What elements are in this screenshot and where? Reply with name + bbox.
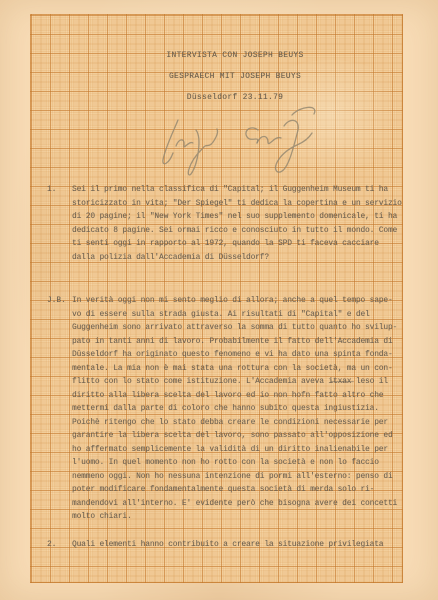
- typewritten-line: vo di essere sulla strada giusta. Ai ris…: [72, 309, 407, 323]
- title-line-german: GESPRAECH MIT JOSEPH BEUYS: [115, 67, 355, 88]
- question-2-number: 2.: [47, 539, 72, 553]
- typewritten-line: dedicato 8 pagine. Sei ormai ricco e con…: [72, 225, 407, 239]
- answer-jb-text: In verità oggi non mi sento meglio di al…: [72, 295, 407, 525]
- typewritten-line: ti senti oggi in rapporto al 1972, quand…: [72, 238, 407, 252]
- photographed-document: INTERVISTA CON JOSEPH BEUYS GESPRAECH MI…: [0, 0, 438, 600]
- signature-stroke: [246, 128, 258, 143]
- typewritten-line: molto chiari.: [72, 511, 407, 525]
- typewritten-line: Düsseldorf ha originato questo fenomeno …: [72, 349, 407, 363]
- signature-stroke: [188, 130, 202, 175]
- typewritten-line: mentale. La mia non è mai stata una rott…: [72, 363, 407, 377]
- typewritten-line: flitto con lo stato come istituzione. L'…: [72, 376, 407, 390]
- typewritten-line: diritto alla libera scelta del lavoro ed…: [72, 390, 407, 404]
- signature-stroke: [203, 129, 218, 148]
- typewritten-line: nemmeno oggi. Non ho nessuna intenzione …: [72, 471, 407, 485]
- question-1-number: 1.: [47, 184, 72, 198]
- typewritten-line: Guggenheim sono arrivato attraverso la s…: [72, 322, 407, 336]
- signature-stroke: [257, 137, 281, 144]
- typewritten-line: mandendovi all'interno. E' evidente però…: [72, 498, 407, 512]
- typewritten-line: Quali elementi hanno contribuito a crear…: [72, 539, 407, 553]
- signature-stroke: [275, 120, 312, 172]
- typewritten-line: poter modificare fondamentalmente questa…: [72, 484, 407, 498]
- question-2: 2. Quali elementi hanno contribuito a cr…: [47, 539, 407, 553]
- typewritten-line: Sei il primo nella classifica di "Capita…: [72, 184, 407, 198]
- typewritten-line: mettermi dalla parte di coloro che hanno…: [72, 403, 407, 417]
- title-line-italian: INTERVISTA CON JOSEPH BEUYS: [115, 46, 355, 67]
- question-1-text: Sei il primo nella classifica di "Capita…: [72, 184, 407, 265]
- typewritten-line: dalla polizia dall'Accademia di Düsseldo…: [72, 252, 407, 266]
- question-2-text: Quali elementi hanno contribuito a crear…: [72, 539, 407, 553]
- typewritten-line: pato in tanti anni di lavoro. Probabilme…: [72, 336, 407, 350]
- signature-stroke: [163, 120, 178, 164]
- answer-jb-speaker: J.B.: [47, 295, 72, 309]
- typewritten-line: di 20 pagine; il "New York Times" nel su…: [72, 211, 407, 225]
- document-header: INTERVISTA CON JOSEPH BEUYS GESPRAECH MI…: [115, 46, 355, 109]
- typewritten-line: Poichè ritengo che lo stato debba creare…: [72, 417, 407, 431]
- signature-stroke: [292, 107, 315, 115]
- typewritten-line: l'uomo. In quel momento non ho rotto con…: [72, 457, 407, 471]
- answer-jb: J.B. In verità oggi non mi sento meglio …: [47, 295, 407, 525]
- signature-stroke: [176, 140, 193, 147]
- typewritten-line: In verità oggi non mi sento meglio di al…: [72, 295, 407, 309]
- typewritten-line: storicizzato in vita; "Der Spiegel" ti d…: [72, 198, 407, 212]
- typewritten-line: ho affermato semplicemente la validità d…: [72, 444, 407, 458]
- question-1: 1. Sei il primo nella classifica di "Cap…: [47, 184, 407, 265]
- typewritten-line: garantire la libera scelta del lavoro, s…: [72, 430, 407, 444]
- beuys-pencil-signature: [148, 102, 338, 184]
